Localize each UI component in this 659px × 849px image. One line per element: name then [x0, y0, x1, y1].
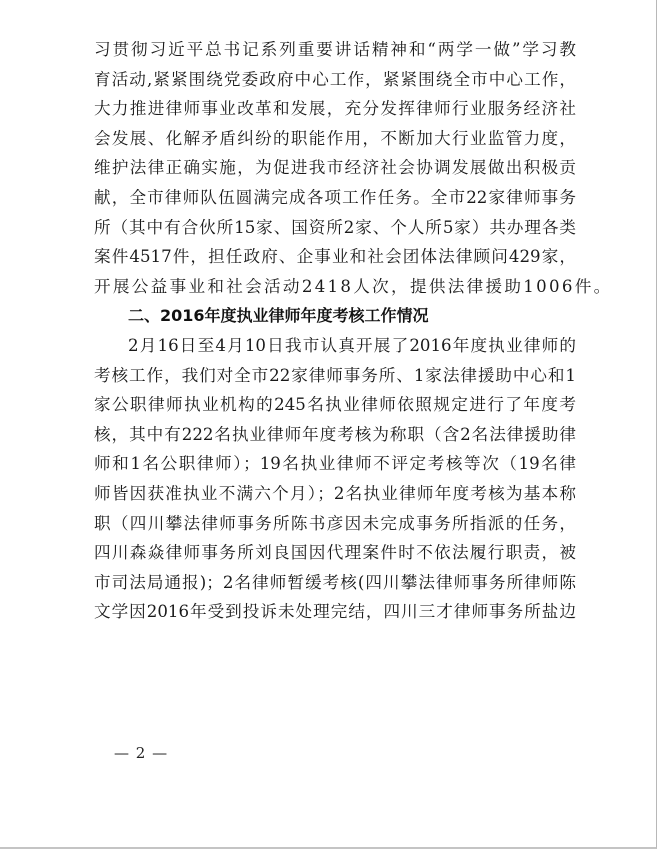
paragraph-line: 大力推进律师事业改革和发展，充分发挥律师行业服务经济社 [94, 94, 576, 124]
paragraph-line: 所（其中有合伙所15家、国资所2家、个人所5家）共办理各类 [94, 213, 576, 243]
section-paragraph-line: 师和1名公职律师）；19名执业律师不评定考核等次（19名律 [94, 449, 576, 479]
section-paragraph-line: 核，其中有222名执业律师年度考核为称职（含2名法律援助律 [94, 420, 576, 450]
paragraph-line: 献，全市律师队伍圆满完成各项工作任务。全市22家律师事务 [94, 183, 576, 213]
section-paragraph-line: 文学因2016年受到投诉未处理完结，四川三才律师事务所盐边 [94, 597, 576, 627]
page-number: — 2 — [114, 744, 168, 762]
section-paragraph-line: 2月16日至4月10日我市认真开展了2016年度执业律师的 [94, 331, 576, 361]
paragraph-line: 案件4517件，担任政府、企事业和社会团体法律顾问429家， [94, 242, 576, 272]
paragraph-line: 会发展、化解矛盾纠纷的职能作用，不断加大行业监管力度， [94, 124, 576, 154]
document-body: 习贯彻习近平总书记系列重要讲话精神和“两学一做”学习教 育活动,紧紧围绕党委政府… [94, 35, 576, 627]
section-paragraph-line: 师皆因获准执业不满六个月）；2名执业律师年度考核为基本称 [94, 479, 576, 509]
paragraph-line: 育活动,紧紧围绕党委政府中心工作，紧紧围绕全市中心工作， [94, 65, 576, 95]
section-paragraph-line: 市司法局通报)；2名律师暂缓考核(四川攀法律师事务所律师陈 [94, 568, 576, 598]
section-paragraph-line: 四川森焱律师事务所刘良国因代理案件时不依法履行职责，被 [94, 538, 576, 568]
paragraph-line-last: 开展公益事业和社会活动2418人次，提供法律援助1006件。 [94, 272, 576, 302]
section-paragraph-line: 家公职律师执业机构的245名执业律师依照规定进行了年度考 [94, 390, 576, 420]
section-paragraph-line: 职（四川攀法律师事务所陈书彦因未完成事务所指派的任务， [94, 509, 576, 539]
document-page: 习贯彻习近平总书记系列重要讲话精神和“两学一做”学习教 育活动,紧紧围绕党委政府… [0, 0, 657, 849]
paragraph-line: 习贯彻习近平总书记系列重要讲话精神和“两学一做”学习教 [94, 35, 576, 65]
section-paragraph-line: 考核工作，我们对全市22家律师事务所、1家法律援助中心和1 [94, 361, 576, 391]
paragraph-line: 维护法律正确实施，为促进我市经济社会协调发展做出积极贡 [94, 153, 576, 183]
section-heading: 二、2016年度执业律师年度考核工作情况 [94, 301, 576, 331]
